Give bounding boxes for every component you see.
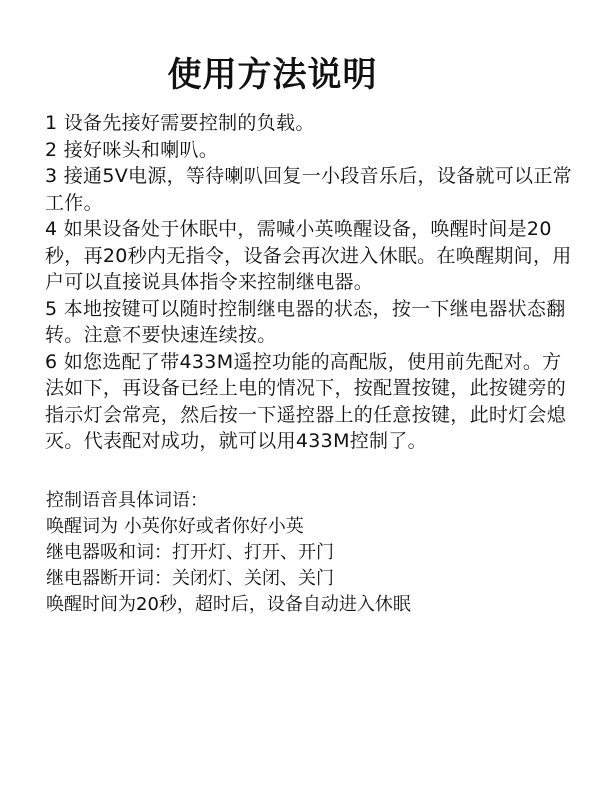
instruction-steps: 1 设备先接好需要控制的负载。 2 接好咪头和喇叭。 3 接通5V电源，等待喇叭… bbox=[45, 110, 575, 455]
step-6: 6 如您选配了带433M遥控功能的高配版，使用前先配对。方法如下，再设备已经上电… bbox=[45, 349, 575, 455]
step-2: 2 接好咪头和喇叭。 bbox=[45, 137, 575, 164]
step-4: 4 如果设备处于休眠中，需喊小英唤醒设备，唤醒时间是20秒，再20秒内无指令，设… bbox=[45, 216, 575, 296]
page-title: 使用方法说明 bbox=[0, 53, 545, 97]
step-3: 3 接通5V电源，等待喇叭回复一小段音乐后，设备就可以正常工作。 bbox=[45, 163, 575, 216]
relay-on-words-line: 继电器吸和词：打开灯、打开、开门 bbox=[46, 540, 576, 566]
keywords-heading: 控制语音具体词语： bbox=[46, 488, 576, 514]
voice-keywords-section: 控制语音具体词语： 唤醒词为 小英你好或者你好小英 继电器吸和词：打开灯、打开、… bbox=[46, 488, 576, 618]
step-1: 1 设备先接好需要控制的负载。 bbox=[45, 110, 575, 137]
step-5: 5 本地按键可以随时控制继电器的状态，按一下继电器状态翻转。注意不要快速连续按。 bbox=[45, 296, 575, 349]
relay-off-words-line: 继电器断开词：关闭灯、关闭、关门 bbox=[46, 566, 576, 592]
wake-timeout-line: 唤醒时间为20秒，超时后，设备自动进入休眠 bbox=[46, 592, 576, 618]
wake-word-line: 唤醒词为 小英你好或者你好小英 bbox=[46, 514, 576, 540]
